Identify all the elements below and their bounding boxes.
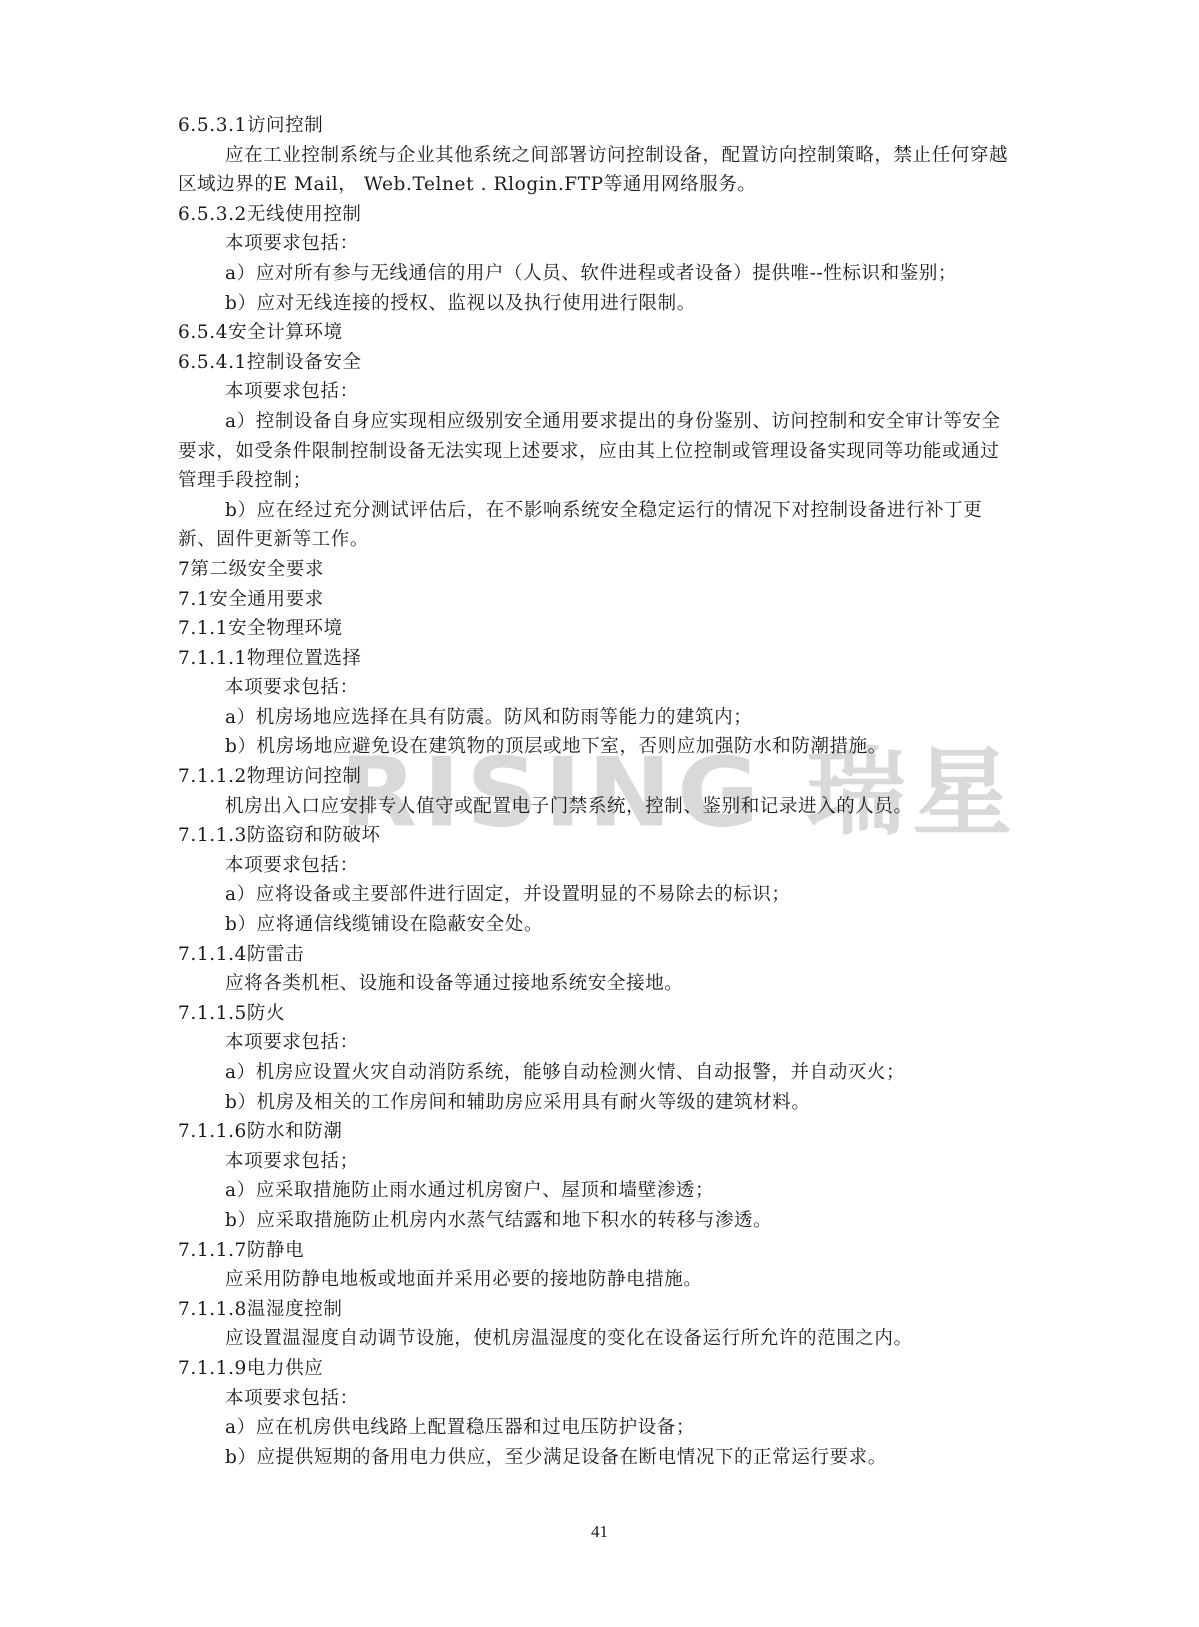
paragraph-access-control: 应在工业控制系统与企业其他系统之间部署访问控制设备，配置访向控制策略，禁止任何穿… xyxy=(178,141,1013,200)
document-body: 6.5.3.1访问控制 应在工业控制系统与企业其他系统之间部署访问控制设备，配置… xyxy=(178,111,1013,1472)
requirement-intro: 本项要求包括： xyxy=(178,1384,1013,1414)
section-heading-7-1-1-2: 7.1.1.2物理访问控制 xyxy=(178,762,1013,792)
requirement-item-a: a）应在机房供电线路上配置稳压器和过电压防护设备； xyxy=(178,1413,1013,1443)
requirement-item-b: b）应采取措施防止机房内水蒸气结露和地下积水的转移与渗透。 xyxy=(178,1206,1013,1236)
section-heading-7-1-1-4: 7.1.1.4防雷击 xyxy=(178,940,1013,970)
requirement-item-b: b）机房场地应避免设在建筑物的顶层或地下室，否则应加强防水和防潮措施。 xyxy=(178,732,1013,762)
requirement-item-a: a）控制设备自身应实现相应级别安全通用要求提出的身份鉴别、访问控制和安全审计等安… xyxy=(178,407,1013,496)
requirement-item-a: a）应采取措施防止雨水通过机房窗户、屋顶和墙壁渗透； xyxy=(178,1176,1013,1206)
requirement-intro: 本项要求包括： xyxy=(178,377,1013,407)
requirement-text: 应设置温湿度自动调节设施，使机房温湿度的变化在设备运行所允许的范围之内。 xyxy=(178,1324,1013,1354)
section-heading-7: 7第二级安全要求 xyxy=(178,555,1013,585)
document-page: RISING 瑞星 6.5.3.1访问控制 应在工业控制系统与企业其他系统之间部… xyxy=(0,0,1199,1627)
requirement-intro: 本项要求包括： xyxy=(178,673,1013,703)
requirement-item-b: b）应在经过充分测试评估后，在不影响系统安全稳定运行的情况下对控制设备进行补丁更… xyxy=(178,496,1013,555)
section-heading-7-1: 7.1安全通用要求 xyxy=(178,585,1013,615)
requirement-item-a: a）应将设备或主要部件进行固定，并设置明显的不易除去的标识； xyxy=(178,880,1013,910)
section-heading-7-1-1-5: 7.1.1.5防火 xyxy=(178,999,1013,1029)
requirement-text: 应将各类机柜、设施和设备等通过接地系统安全接地。 xyxy=(178,969,1013,999)
section-heading-6-5-3-2: 6.5.3.2无线使用控制 xyxy=(178,200,1013,230)
section-heading-7-1-1-1: 7.1.1.1物理位置选择 xyxy=(178,644,1013,674)
section-heading-7-1-1: 7.1.1安全物理环境 xyxy=(178,614,1013,644)
requirement-intro: 本项要求包括： xyxy=(178,851,1013,881)
requirement-item-a: a）应对所有参与无线通信的用户（人员、软件进程或者设备）提供唯--性标识和鉴别； xyxy=(178,259,1013,289)
section-heading-7-1-1-3: 7.1.1.3防盗窃和防破坏 xyxy=(178,821,1013,851)
requirement-intro: 本项要求包括； xyxy=(178,1147,1013,1177)
page-number: 41 xyxy=(0,1522,1199,1542)
requirement-item-a: a）机房应设置火灾自动消防系统，能够自动检测火情、自动报警，并自动灭火； xyxy=(178,1058,1013,1088)
requirement-text: 应采用防静电地板或地面并采用必要的接地防静电措施。 xyxy=(178,1265,1013,1295)
requirement-text: 机房出入口应安排专人值守或配置电子门禁系统，控制、鉴别和记录进入的人员。 xyxy=(178,792,1013,822)
requirement-item-b: b）应将通信线缆铺设在隐蔽安全处。 xyxy=(178,910,1013,940)
section-heading-6-5-4-1: 6.5.4.1控制设备安全 xyxy=(178,348,1013,378)
requirement-item-a: a）机房场地应选择在具有防震。防风和防雨等能力的建筑内； xyxy=(178,703,1013,733)
requirement-intro: 本项要求包括： xyxy=(178,1028,1013,1058)
requirement-item-b: b）应对无线连接的授权、监视以及执行使用进行限制。 xyxy=(178,289,1013,319)
section-heading-7-1-1-9: 7.1.1.9电力供应 xyxy=(178,1354,1013,1384)
section-heading-6-5-4: 6.5.4安全计算环境 xyxy=(178,318,1013,348)
requirement-item-b: b）应提供短期的备用电力供应，至少满足设备在断电情况下的正常运行要求。 xyxy=(178,1443,1013,1473)
requirement-intro: 本项要求包括： xyxy=(178,229,1013,259)
requirement-item-b: b）机房及相关的工作房间和辅助房应采用具有耐火等级的建筑材料。 xyxy=(178,1088,1013,1118)
section-heading-7-1-1-7: 7.1.1.7防静电 xyxy=(178,1236,1013,1266)
section-heading-7-1-1-6: 7.1.1.6防水和防潮 xyxy=(178,1117,1013,1147)
section-heading-7-1-1-8: 7.1.1.8温湿度控制 xyxy=(178,1295,1013,1325)
section-heading-6-5-3-1: 6.5.3.1访问控制 xyxy=(178,111,1013,141)
